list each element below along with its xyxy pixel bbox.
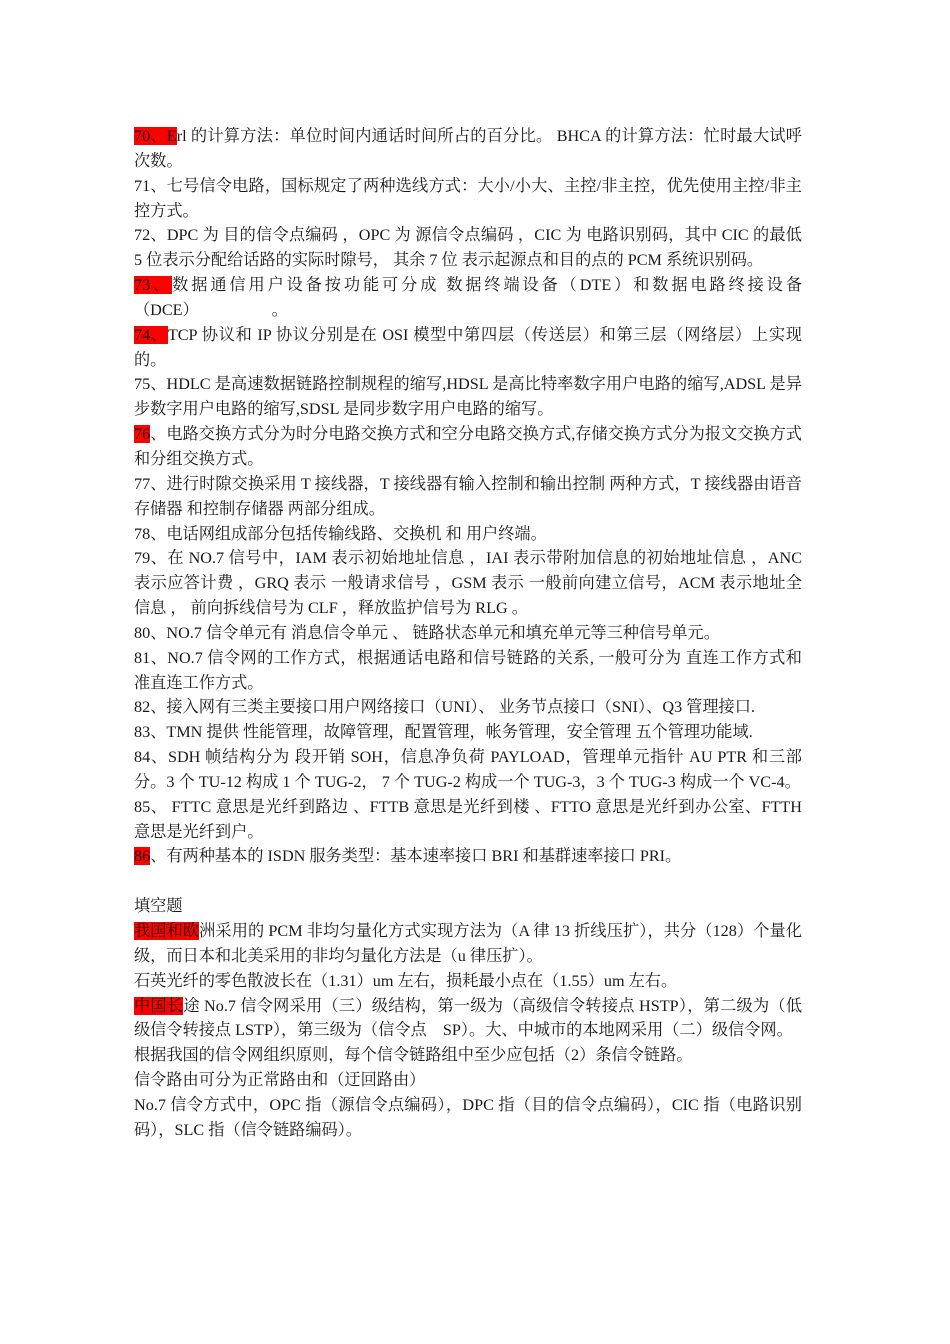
highlight: 70、E xyxy=(134,127,177,145)
item-70: 70、Erl 的计算方法：单位时间内通话时间所占的百分比。 BHCA 的计算方法… xyxy=(134,124,802,174)
highlight: 中国长 xyxy=(134,997,183,1015)
item-76: 76、电路交换方式分为时分电路交换方式和空分电路交换方式,存储交换方式分为报文交… xyxy=(134,422,802,472)
highlight: 我国和欧 xyxy=(134,922,199,940)
item-71: 71、七号信令电路，国标规定了两种选线方式：大小/小大、主控/非主控，优先使用主… xyxy=(134,174,802,224)
item-75: 75、HDLC 是高速数据链路控制规程的缩写,HDSL 是高比特率数字用户电路的… xyxy=(134,372,802,422)
fill-item-4: 根据我国的信令网组织原则，每个信令链路组中至少应包括（2）条信令链路。 xyxy=(134,1043,802,1068)
fill-item-1: 我国和欧洲采用的 PCM 非均匀量化方式实现方法为（A 律 13 折线压扩），共… xyxy=(134,919,802,969)
item-73: 73、数据通信用户设备按功能可分成 数据终端设备（DTE）和数据电路终接设备 （… xyxy=(134,273,802,323)
item-78: 78、电话网组成部分包括传输线路、交换机 和 用户终端。 xyxy=(134,522,802,547)
fill-item-6: No.7 信令方式中，OPC 指（源信令点编码），DPC 指（目的信令点编码），… xyxy=(134,1093,802,1143)
item-84: 84、SDH 帧结构分为 段开销 SOH，信息净负荷 PAYLOAD，管理单元指… xyxy=(134,745,802,795)
item-82: 82、接入网有三类主要接口用户网络接口（UNI）、 业务节点接口（SNI）、Q3… xyxy=(134,695,802,720)
highlight: 76 xyxy=(134,425,150,443)
item-83: 83、TMN 提供 性能管理，故障管理，配置管理，帐务管理，安全管理 五个管理功… xyxy=(134,720,802,745)
fill-item-3: 中国长途 No.7 信令网采用（三）级结构，第一级为（高级信令转接点 HSTP）… xyxy=(134,994,802,1044)
item-74: 74、TCP 协议和 IP 协议分别是在 OSI 模型中第四层（传送层）和第三层… xyxy=(134,323,802,373)
item-85: 85、 FTTC 意思是光纤到路边 、FTTB 意思是光纤到楼 、FTTO 意思… xyxy=(134,795,802,845)
item-77: 77、进行时隙交换采用 T 接线器，T 接线器有输入控制和输出控制 两种方式，T… xyxy=(134,472,802,522)
highlight: 86 xyxy=(134,847,150,865)
fill-item-2: 石英光纤的零色散波长在（1.31）um 左右，损耗最小点在（1.55）um 左右… xyxy=(134,969,802,994)
spacer xyxy=(134,869,802,894)
item-80: 80、NO.7 信令单元有 消息信令单元 、 链路状态单元和填充单元等三种信号单… xyxy=(134,621,802,646)
item-86: 86、有两种基本的 ISDN 服务类型：基本速率接口 BRI 和基群速率接口 P… xyxy=(134,844,802,869)
highlight: 73、 xyxy=(134,276,172,294)
section-heading: 填空题 xyxy=(134,894,802,919)
item-79: 79、在 NO.7 信号中，IAM 表示初始地址信息 ，IAI 表示带附加信息的… xyxy=(134,546,802,621)
fill-item-5: 信令路由可分为正常路由和（迂回路由） xyxy=(134,1068,802,1093)
item-72: 72、DPC 为 目的信令点编码 ，OPC 为 源信令点编码 ，CIC 为 电路… xyxy=(134,223,802,273)
highlight: 74、 xyxy=(134,326,168,344)
document-page: 70、Erl 的计算方法：单位时间内通话时间所占的百分比。 BHCA 的计算方法… xyxy=(134,124,802,1143)
item-81: 81、NO.7 信令网的工作方式，根据通话电路和信号链路的关系, 一般可分为 直… xyxy=(134,646,802,696)
